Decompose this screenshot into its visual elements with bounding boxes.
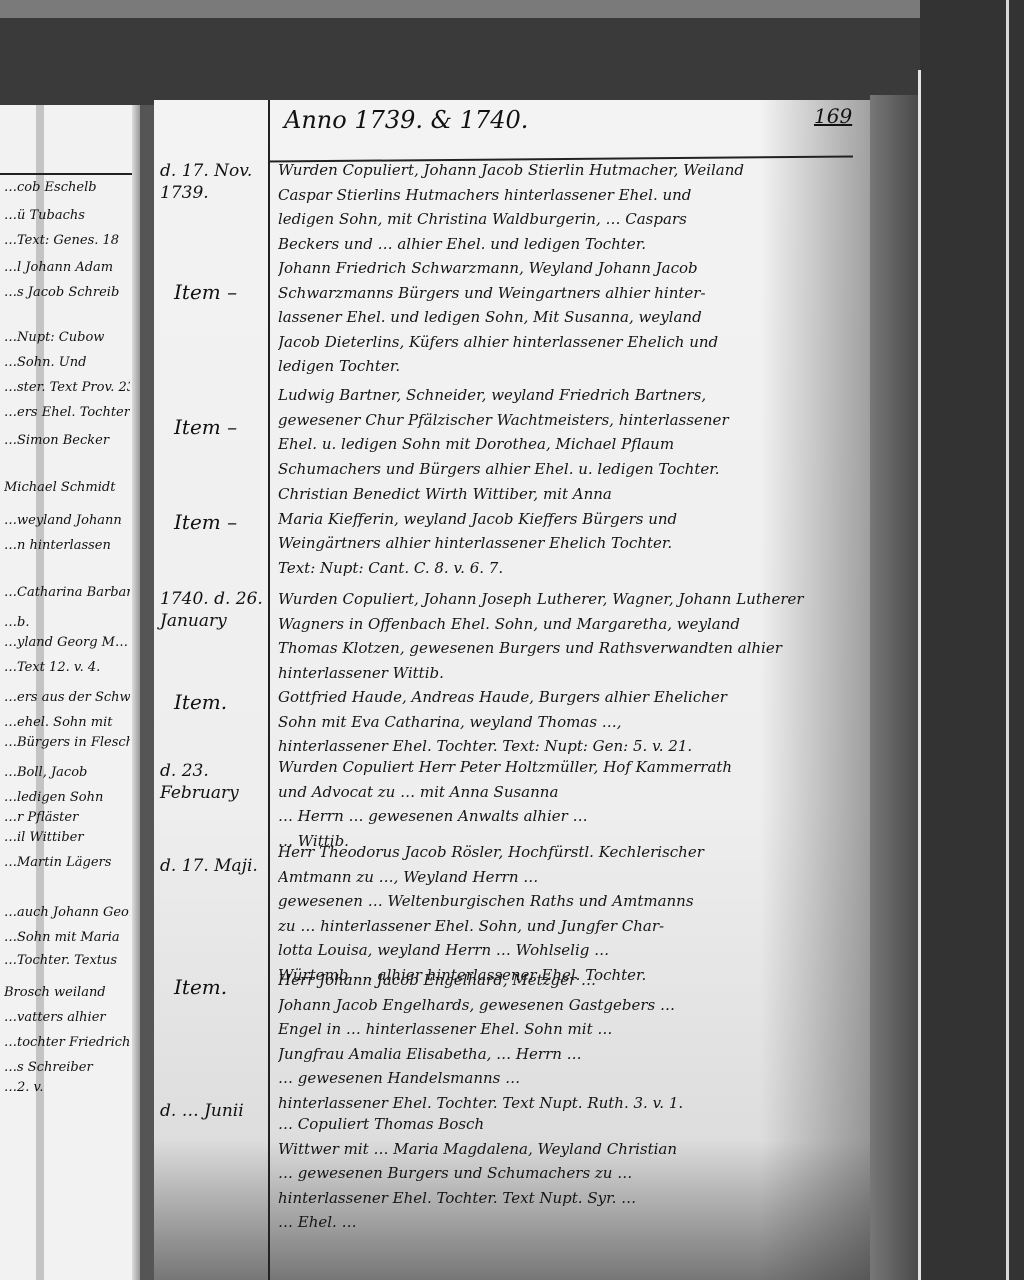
entry-text-line: Schwarzmanns Bürgers und Weingartners al… [278,281,848,306]
left-page-text-line: Michael Schmidt [4,480,130,495]
entry-text-line: Gottfried Haude, Andreas Haude, Burgers … [278,685,848,710]
left-page-text-line: …Text: Genes. 18 [4,233,130,248]
entry-text-line: Christian Benedict Wirth Wittiber, mit A… [278,482,848,507]
entry-item-label: Item. [174,690,227,714]
page-title: Anno 1739. & 1740. [284,106,528,134]
left-page-text-line: …ehel. Sohn mit [4,715,130,730]
margin-rule [268,100,270,1280]
left-page-text-line: …Martin Lägers [4,855,130,870]
register-page: Anno 1739. & 1740. 169 d. 17. Nov. 1739.… [154,100,870,1280]
left-page-text-line: …ledigen Sohn [4,790,130,805]
entry-text-line: Wurden Copuliert Herr Peter Holtzmüller,… [278,755,848,780]
entry-text-line: … Copuliert Thomas Bosch [278,1112,848,1137]
marriage-entry: Christian Benedict Wirth Wittiber, mit A… [278,482,848,580]
left-page-text-line: …2. v. [4,1080,130,1095]
left-page-text-line: …Simon Becker [4,433,130,448]
entry-text-line: und Advocat zu … mit Anna Susanna [278,780,848,805]
entry-text-line: gewesenen … Weltenburgischen Raths und A… [278,889,848,914]
left-page-text-line: …Sohn. Und [4,355,130,370]
left-page-text-line: …ü Tubachs [4,208,130,223]
page-number: 169 [814,104,852,128]
left-page-text-line: …weyland Johann [4,513,130,528]
entry-text-line: Ehel. u. ledigen Sohn mit Dorothea, Mich… [278,432,848,457]
entry-text-line: Weingärtners alhier hinterlassener Eheli… [278,531,848,556]
marriage-entry: Johann Friedrich Schwarzmann, Weyland Jo… [278,256,848,379]
left-page-text-line: …ers Ehel. Tochter [4,405,130,420]
left-page-text-line: …l Johann Adam [4,260,130,275]
entry-text-line: Johann Friedrich Schwarzmann, Weyland Jo… [278,256,848,281]
entry-item-label: Item. [174,975,227,999]
left-page-text-line: …Nupt: Cubow [4,330,130,345]
frame-edge-line [918,70,921,1280]
entry-text-line: Ludwig Bartner, Schneider, weyland Fried… [278,383,848,408]
frame-edge-line-outer [1006,0,1009,1280]
left-page-text-line: …Tochter. Textus [4,953,130,968]
entry-item-label: Item – [174,415,237,439]
left-page-text-line: …b. [4,615,130,630]
entry-text-line: Johann Jacob Engelhards, gewesenen Gastg… [278,993,848,1018]
left-page-text-line: …auch Johann Georg [4,905,130,920]
entry-text-line: Thomas Klotzen, gewesenen Burgers und Ra… [278,636,848,661]
marriage-entry: Ludwig Bartner, Schneider, weyland Fried… [278,383,848,481]
entry-text-line: Herr Theodorus Jacob Rösler, Hochfürstl.… [278,840,848,865]
entry-date: d. 23. February [160,760,268,804]
marriage-entry: Herr Theodorus Jacob Rösler, Hochfürstl.… [278,840,848,987]
previous-page-fragment: …cob Eschelb…ü Tubachs…Text: Genes. 18…l… [0,105,140,1280]
entry-text-line: ledigen Tochter. [278,354,848,379]
entry-text-line: lassener Ehel. und ledigen Sohn, Mit Sus… [278,305,848,330]
entry-text-line: ledigen Sohn, mit Christina Waldburgerin… [278,207,848,232]
marriage-entry: Gottfried Haude, Andreas Haude, Burgers … [278,685,848,759]
entry-item-label: Item – [174,280,237,304]
entry-text-line: lotta Louisa, weyland Herrn … Wohlselig … [278,938,848,963]
left-page-text-line: …r Pfläster [4,810,130,825]
entry-text-line: Wurden Copuliert, Johann Jacob Stierlin … [278,158,848,183]
book-gutter [140,105,154,1280]
entry-text-line: gewesener Chur Pfälzischer Wachtmeisters… [278,408,848,433]
left-page-text-line: …n hinterlassen [4,538,130,553]
entry-text-line: Amtmann zu …, Weyland Herrn … [278,865,848,890]
left-page-text-line: …il Wittiber [4,830,130,845]
left-page-text-line: …cob Eschelb [4,180,130,195]
marriage-entry: Herr Johann Jacob Engelhard, Metzger …Jo… [278,968,848,1115]
left-page-text-line: …vatters alhier [4,1010,130,1025]
header-rule-left [0,173,140,175]
microfilm-top-band [0,0,1024,18]
left-page-text-line: …Sohn mit Maria [4,930,130,945]
left-page-text-line: …s Jacob Schreib [4,285,130,300]
entry-text-line: Beckers und … alhier Ehel. und ledigen T… [278,232,848,257]
left-page-text-line: Brosch weiland [4,985,130,1000]
left-page-text-line: …yland Georg M… [4,635,130,650]
left-page-text-line: …ster. Text Prov. 23 [4,380,130,395]
entry-text-line: hinterlassener Ehel. Tochter. Text Nupt.… [278,1186,848,1211]
marriage-entry: … Copuliert Thomas BoschWittwer mit … Ma… [278,1112,848,1235]
entry-text-line: … Ehel. … [278,1210,848,1235]
marriage-entry: Wurden Copuliert, Johann Jacob Stierlin … [278,158,848,256]
entry-text-line: … Herrn … gewesenen Anwalts alhier … [278,804,848,829]
entry-text-line: Herr Johann Jacob Engelhard, Metzger … [278,968,848,993]
left-page-text-line: …Bürgers in Flesch [4,735,130,750]
entry-text-line: Sohn mit Eva Catharina, weyland Thomas …… [278,710,848,735]
entry-text-line: Wagners in Offenbach Ehel. Sohn, und Mar… [278,612,848,637]
left-page-text-line: …ers aus der Schweiz [4,690,130,705]
entry-text-line: Wittwer mit … Maria Magdalena, Weyland C… [278,1137,848,1162]
entry-text-line: Wurden Copuliert, Johann Joseph Lutherer… [278,587,848,612]
entry-text-line: … gewesenen Burgers und Schumachers zu … [278,1161,848,1186]
left-page-text-line: …tochter Friedrich [4,1035,130,1050]
marriage-entry: Wurden Copuliert, Johann Joseph Lutherer… [278,587,848,685]
entry-text-line: Engel in … hinterlassener Ehel. Sohn mit… [278,1017,848,1042]
entry-date: d. 17. Nov. 1739. [160,160,268,204]
entry-text-line: hinterlassener Wittib. [278,661,848,686]
left-page-text-line: …Catharina Barbara [4,585,130,600]
entry-item-label: Item – [174,510,237,534]
entry-text-line: Schumachers und Bürgers alhier Ehel. u. … [278,457,848,482]
left-page-text-line: …Text 12. v. 4. [4,660,130,675]
entry-text-line: … gewesenen Handelsmanns … [278,1066,848,1091]
entry-date: d. 17. Maji. [160,855,268,877]
marriage-entry: Wurden Copuliert Herr Peter Holtzmüller,… [278,755,848,853]
entry-date: d. … Junii [160,1100,268,1122]
left-page-text-line: …Boll, Jacob [4,765,130,780]
entry-text-line: Text: Nupt: Cant. C. 8. v. 6. 7. [278,556,848,581]
entry-date: 1740. d. 26. January [160,588,268,632]
entry-text-line: zu … hinterlassener Ehel. Sohn, und Jung… [278,914,848,939]
left-page-text-line: …s Schreiber [4,1060,130,1075]
book-page-edges [870,95,918,1280]
entry-text-line: Caspar Stierlins Hutmachers hinterlassen… [278,183,848,208]
entry-text-line: Maria Kiefferin, weyland Jacob Kieffers … [278,507,848,532]
entry-text-line: Jacob Dieterlins, Küfers alhier hinterla… [278,330,848,355]
entry-text-line: Jungfrau Amalia Elisabetha, … Herrn … [278,1042,848,1067]
